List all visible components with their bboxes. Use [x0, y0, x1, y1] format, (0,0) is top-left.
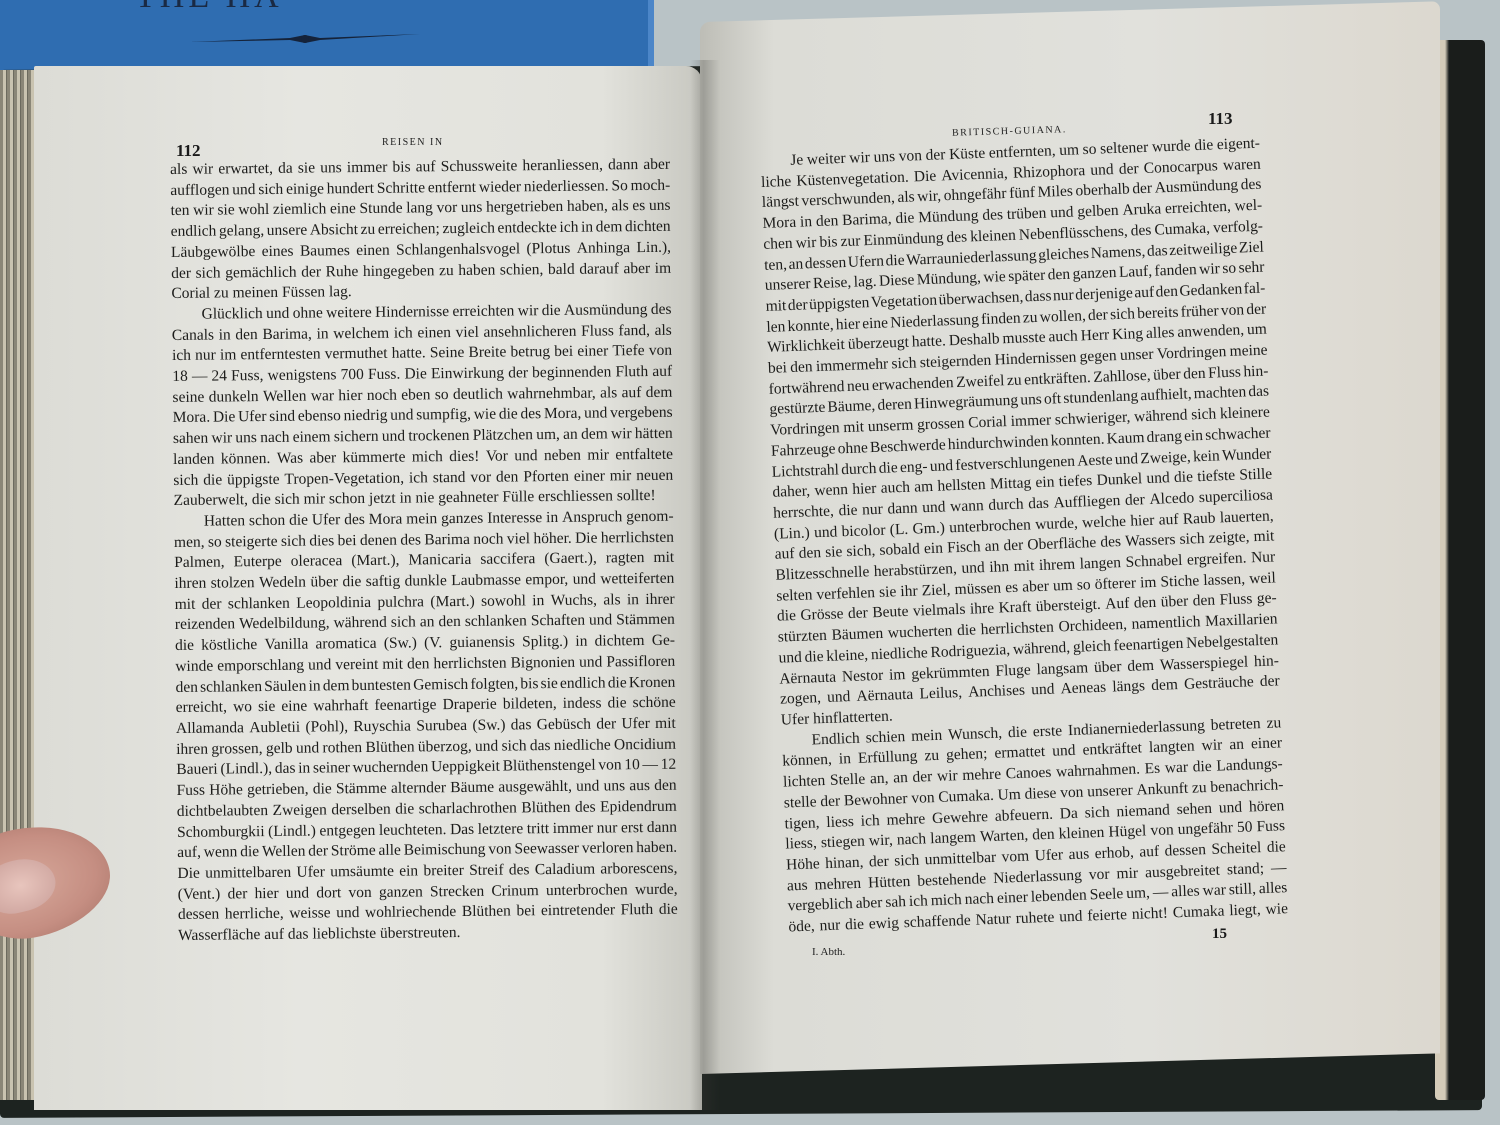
left-page-body: alswirerwartet,dasieunsimmerbisaufSchuss… — [170, 155, 678, 947]
right-page-body: JeweiterwirunsvonderKüsteentfernten,umso… — [760, 134, 1288, 939]
left-page-number: 112 — [176, 141, 201, 161]
left-running-head: REISEN IN — [382, 137, 444, 148]
blue-book-title: THE HA — [135, 0, 283, 16]
ornament-icon — [190, 34, 420, 44]
signature-mark: I. Abth. — [812, 946, 845, 958]
right-page-number: 113 — [1208, 109, 1233, 129]
thumbnail — [0, 852, 61, 919]
book-gutter — [690, 60, 720, 1110]
page-edges-right — [1435, 40, 1485, 1100]
signature-number: 15 — [1212, 926, 1227, 943]
